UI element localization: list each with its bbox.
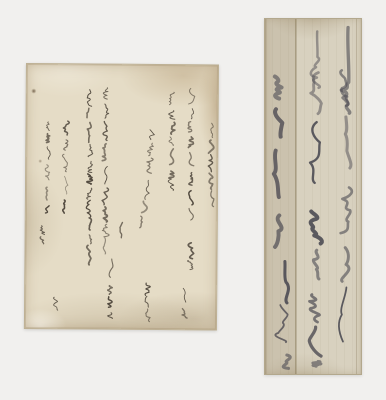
ink-stroke xyxy=(63,121,69,135)
ink-stroke xyxy=(145,283,150,295)
ink-stroke xyxy=(189,208,193,220)
ink-stroke xyxy=(40,237,44,244)
ink-stroke xyxy=(108,286,113,295)
ink-stroke xyxy=(310,122,320,183)
ink-stroke xyxy=(102,224,109,237)
ink-stroke xyxy=(46,187,48,200)
ink-stroke xyxy=(169,111,175,120)
ink-stroke xyxy=(120,222,123,237)
ink-stroke xyxy=(189,88,195,104)
ink-stroke xyxy=(40,226,44,235)
ink-stroke xyxy=(46,206,50,213)
ink-stroke xyxy=(189,191,194,205)
ink-stroke xyxy=(105,166,108,184)
ink-stroke xyxy=(89,235,91,244)
ink-stroke xyxy=(64,140,68,150)
ink-stroke xyxy=(188,137,193,148)
ink-stroke xyxy=(168,180,174,190)
ink-stroke xyxy=(103,207,107,222)
ink-stroke xyxy=(87,90,92,107)
ink-stroke xyxy=(275,109,282,136)
ink-stroke xyxy=(311,211,322,243)
ink-stroke xyxy=(341,187,352,233)
ink-stroke xyxy=(88,161,92,172)
ink-stroke xyxy=(275,77,282,99)
ink-stroke xyxy=(274,151,279,198)
ink-stroke xyxy=(191,109,193,119)
ink-stroke xyxy=(86,200,91,217)
ink-stroke xyxy=(53,297,57,310)
ink-stroke xyxy=(309,327,321,356)
ink-stroke xyxy=(209,173,213,189)
ink-stroke xyxy=(309,295,319,323)
ink-stroke xyxy=(145,296,148,307)
ink-stroke xyxy=(275,305,287,342)
ink-stroke xyxy=(47,147,51,160)
ink-stroke xyxy=(103,122,107,141)
ink-stroke xyxy=(146,309,151,322)
ink-stroke xyxy=(313,361,321,366)
ink-stroke xyxy=(145,180,150,199)
ink-stroke xyxy=(275,215,282,247)
ink-stroke xyxy=(46,134,50,143)
ink-stroke xyxy=(208,155,212,172)
calligraphy-columns xyxy=(44,87,215,322)
ink-stroke xyxy=(108,297,112,308)
ink-stroke xyxy=(345,117,351,168)
ink-stroke xyxy=(102,144,106,161)
ink-stroke xyxy=(188,122,192,132)
ink-stroke xyxy=(313,250,318,279)
ink-stroke xyxy=(211,123,214,137)
ink-stroke xyxy=(187,261,192,270)
ink-stroke xyxy=(169,171,174,179)
ink-stroke xyxy=(142,201,147,212)
ink-stroke xyxy=(108,313,113,319)
ink-stroke xyxy=(109,259,113,277)
ink-stroke xyxy=(87,122,91,142)
ink-stroke xyxy=(105,104,109,118)
ink-stroke xyxy=(285,262,289,303)
ink-stroke xyxy=(64,176,68,194)
calligraphy-strip-sheet xyxy=(264,18,362,375)
ink-stroke xyxy=(63,200,65,213)
poem-page-calligraphy xyxy=(25,64,218,329)
ink-stroke xyxy=(140,216,142,227)
ink-stroke xyxy=(211,191,214,207)
ink-stroke xyxy=(339,287,346,341)
ink-stroke xyxy=(62,154,67,172)
ink-stroke xyxy=(103,88,108,99)
ink-stroke xyxy=(169,137,174,146)
ink-stroke xyxy=(102,188,108,205)
collector-mark xyxy=(40,226,45,244)
attribution-label xyxy=(120,222,123,237)
ink-stroke xyxy=(88,144,93,156)
ink-stroke xyxy=(89,218,91,230)
ink-stroke xyxy=(171,122,175,134)
ink-stroke xyxy=(283,355,290,368)
ink-stroke xyxy=(147,158,153,173)
ink-stroke xyxy=(148,143,154,156)
ink-stroke xyxy=(169,92,174,105)
strip-calligraphy xyxy=(265,19,361,374)
ink-stroke xyxy=(87,245,91,264)
ink-stroke xyxy=(182,309,187,318)
ink-stroke xyxy=(183,288,186,302)
ink-stroke xyxy=(170,149,174,165)
ink-stroke xyxy=(342,248,349,282)
ink-stroke xyxy=(87,188,92,199)
poem-page-sheet xyxy=(24,63,219,331)
ink-stroke xyxy=(189,153,194,166)
calligraphy-columns xyxy=(274,28,352,369)
ink-stroke xyxy=(103,238,105,254)
ink-stroke xyxy=(45,165,49,180)
ink-stroke xyxy=(87,108,89,117)
ink-stroke xyxy=(189,173,193,186)
ink-stroke xyxy=(46,122,49,130)
ink-stroke xyxy=(150,130,155,140)
artwork-photo xyxy=(0,0,386,400)
ink-stroke xyxy=(87,174,93,184)
ink-stroke xyxy=(188,243,194,259)
ink-stroke xyxy=(209,140,214,153)
